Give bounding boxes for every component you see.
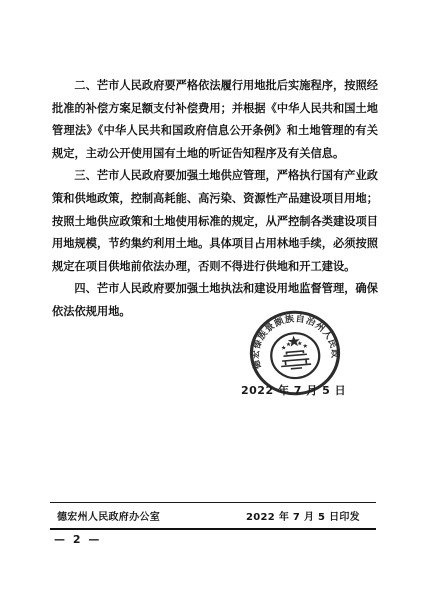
page-number: — 2 — — [54, 533, 101, 546]
paragraph-3: 三、芒市人民政府要加强土地供应管理，严格执行国有产业政策和供地政策，控制高耗能、… — [52, 165, 378, 278]
colophon-row: 德宏州人民政府办公室 2022 年 7 月 5 日印发 — [50, 503, 376, 528]
issuing-office: 德宏州人民政府办公室 — [57, 508, 160, 523]
print-date: 2022 年 7 月 5 日印发 — [246, 508, 374, 523]
document-page: 二、芒市人民政府要严格依法履行用地批后实施程序，按照经批准的补偿方案足额支付补偿… — [0, 0, 424, 600]
paragraph-2: 二、芒市人民政府要严格依法履行用地批后实施程序，按照经批准的补偿方案足额支付补偿… — [52, 75, 378, 165]
national-emblem-icon — [269, 331, 321, 380]
colophon: 德宏州人民政府办公室 2022 年 7 月 5 日印发 — [50, 502, 376, 530]
seal-outer-ring — [248, 309, 342, 397]
official-seal: 德宏傣族景颇族自治州人民政府 — [248, 309, 342, 397]
official-seal-graphic: 德宏傣族景颇族自治州人民政府 — [248, 309, 342, 397]
document-body: 二、芒市人民政府要严格依法履行用地批后实施程序，按照经批准的补偿方案足额支付补偿… — [52, 75, 378, 324]
